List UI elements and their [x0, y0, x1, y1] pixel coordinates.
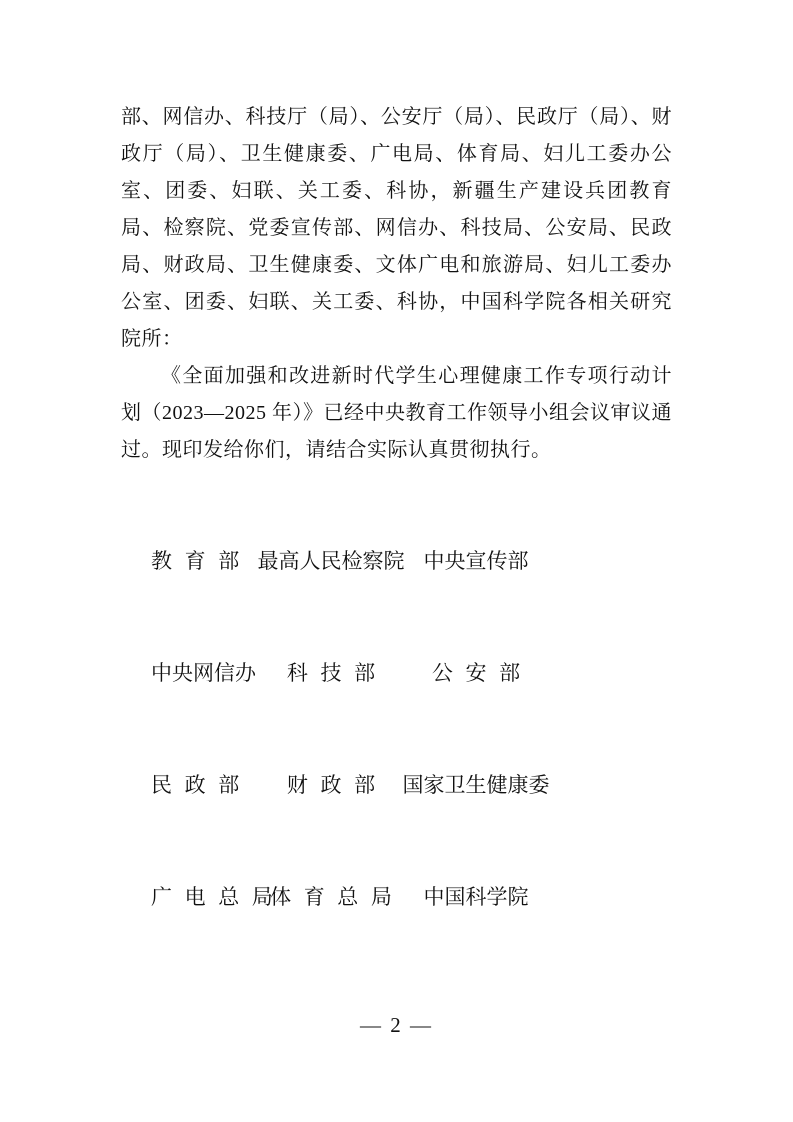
signature-block: 教 育 部 最高人民检察院 中央宣传部 中央网信办 科 技 部 公 安 部 民 … — [121, 550, 672, 998]
signatory-moe: 教 育 部 — [151, 550, 239, 572]
signatory-cyberspace-office: 中央网信办 — [151, 662, 256, 684]
document-page: 部、网信办、科技厅（局）、公安厅（局）、民政厅（局）、财政厅（局）、卫生健康委、… — [0, 0, 793, 1122]
signatory-mof: 财 政 部 — [251, 774, 411, 796]
signature-row-3: 民 政 部 财 政 部 国家卫生健康委 — [121, 774, 672, 796]
document-body: 部、网信办、科技厅（局）、公安厅（局）、民政厅（局）、财政厅（局）、卫生健康委、… — [121, 99, 672, 469]
signatory-central-propaganda: 中央宣传部 — [396, 550, 556, 572]
page-number-label: — 2 — — [360, 1013, 433, 1037]
signatory-mca: 民 政 部 — [151, 774, 239, 796]
recipients-paragraph: 部、网信办、科技厅（局）、公安厅（局）、民政厅（局）、财政厅（局）、卫生健康委、… — [121, 99, 672, 358]
signature-row-1: 教 育 部 最高人民检察院 中央宣传部 — [121, 550, 672, 572]
signatory-most: 科 技 部 — [251, 662, 411, 684]
signatory-sports-administration: 体 育 总 局 — [251, 886, 411, 908]
page-number: — 2 — — [0, 1010, 793, 1040]
signatory-mps: 公 安 部 — [396, 662, 556, 684]
signature-row-2: 中央网信办 科 技 部 公 安 部 — [121, 662, 672, 684]
signatory-cas: 中国科学院 — [396, 886, 556, 908]
signatory-supreme-procuratorate: 最高人民检察院 — [251, 550, 411, 572]
signatory-health-commission: 国家卫生健康委 — [396, 774, 556, 796]
notice-paragraph: 《全面加强和改进新时代学生心理健康工作专项行动计划（2023—2025 年）》已… — [121, 358, 672, 469]
signature-row-4: 广 电 总 局 体 育 总 局 中国科学院 — [121, 886, 672, 908]
